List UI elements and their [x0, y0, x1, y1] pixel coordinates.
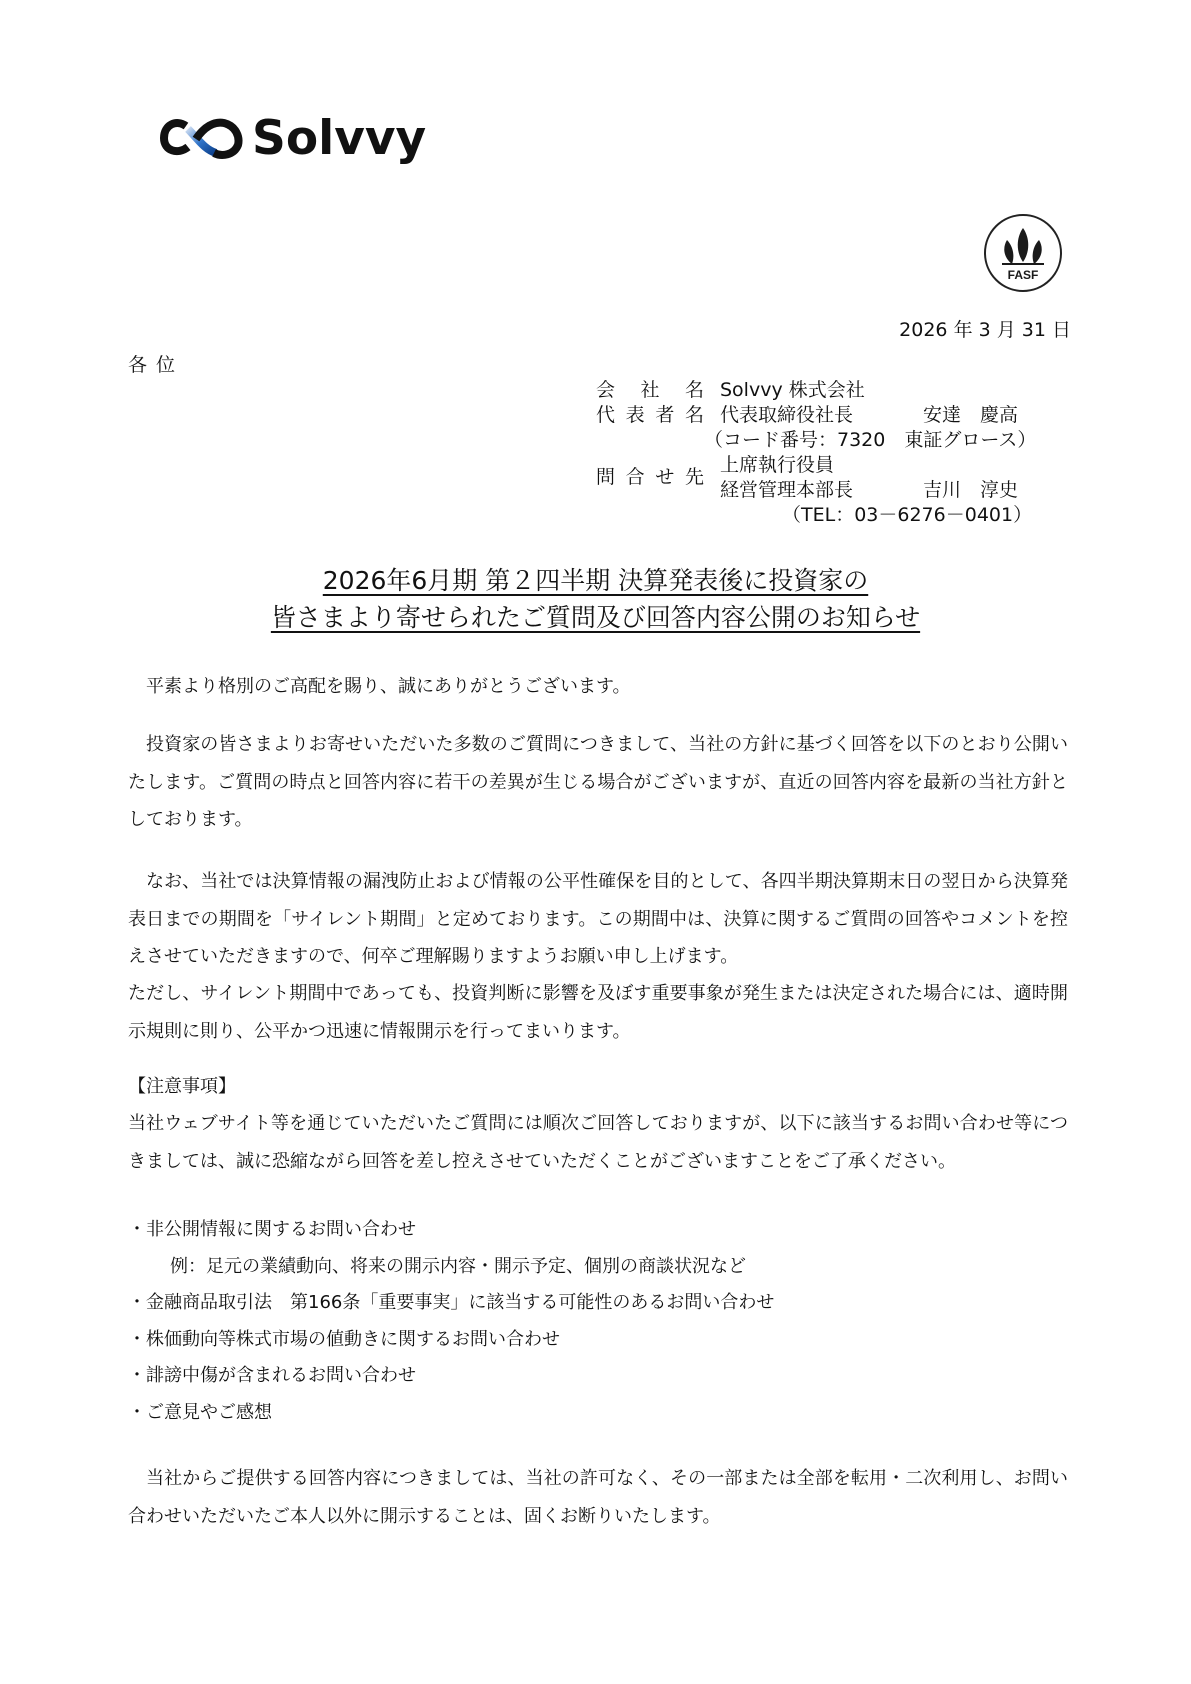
contact-tel: （TEL：03－6276－0401）: [782, 503, 1032, 528]
excluded-inquiries-list: ・非公開情報に関するお問い合わせ 例：足元の業績動向、将来の開示内容・開示予定、…: [128, 1212, 1068, 1431]
paragraph-silent-period: なお、当社では決算情報の漏洩防止および情報の公平性確保を目的として、各四半期決算…: [128, 863, 1068, 976]
representative-title: 代表取締役社長: [720, 403, 853, 428]
list-item: ・ご意見やご感想: [128, 1395, 1068, 1432]
contact-title-2: 経営管理本部長: [720, 478, 853, 503]
list-item: ・金融商品取引法 第166条「重要事実」に該当する可能性のあるお問い合わせ: [128, 1285, 1068, 1322]
representative-label: 代表者名: [596, 403, 704, 428]
stock-code: （コード番号：7320 東証グロース）: [704, 428, 1036, 453]
list-item: ・株価動向等株式市場の値動きに関するお問い合わせ: [128, 1322, 1068, 1359]
notice-heading: 【注意事項】: [128, 1068, 1068, 1106]
infinity-logo-icon: [158, 115, 244, 161]
paragraph-disclosure: 投資家の皆さまよりお寄せいただいた多数のご質問につきまして、当社の方針に基づく回…: [128, 726, 1068, 839]
greeting: 平素より格別のご高配を賜り、誠にありがとうございます。: [128, 668, 1068, 706]
notice-text: 当社ウェブサイト等を通じていただいたご質問には順次ご回答しておりますが、以下に該…: [128, 1105, 1068, 1180]
addressee: 各位: [128, 350, 184, 377]
contact-title-1: 上席執行役員: [720, 453, 834, 478]
svg-text:FASF: FASF: [1008, 268, 1039, 282]
document-title: 2026年6月期 第２四半期 決算発表後に投資家の 皆さまより寄せられたご質問及…: [0, 562, 1191, 636]
company-name: Solvvy 株式会社: [720, 378, 865, 403]
list-item-example: 例：足元の業績動向、将来の開示内容・開示予定、個別の商談状況など: [128, 1249, 1068, 1286]
company-logo: Solvvy: [158, 108, 428, 168]
title-line-2: 皆さまより寄せられたご質問及び回答内容公開のお知らせ: [271, 603, 920, 632]
title-line-1: 2026年6月期 第２四半期 決算発表後に投資家の: [323, 566, 868, 595]
representative-name: 安達 慶高: [923, 403, 1018, 428]
list-item: ・非公開情報に関するお問い合わせ: [128, 1212, 1068, 1249]
paragraph-exception: ただし、サイレント期間中であっても、投資判断に影響を及ぼす重要事象が発生または決…: [128, 975, 1068, 1050]
closing-paragraph: 当社からご提供する回答内容につきましては、当社の許可なく、その一部または全部を転…: [128, 1460, 1068, 1535]
brand-name: Solvvy: [252, 115, 426, 162]
fasf-seal-icon: FASF: [982, 212, 1064, 294]
contact-name: 吉川 淳史: [923, 478, 1018, 503]
list-item: ・誹謗中傷が含まれるお問い合わせ: [128, 1358, 1068, 1395]
company-label: 会社名: [596, 378, 704, 403]
contact-label: 問合せ先: [596, 465, 704, 490]
document-date: 2026 年 3 月 31 日: [899, 315, 1071, 342]
